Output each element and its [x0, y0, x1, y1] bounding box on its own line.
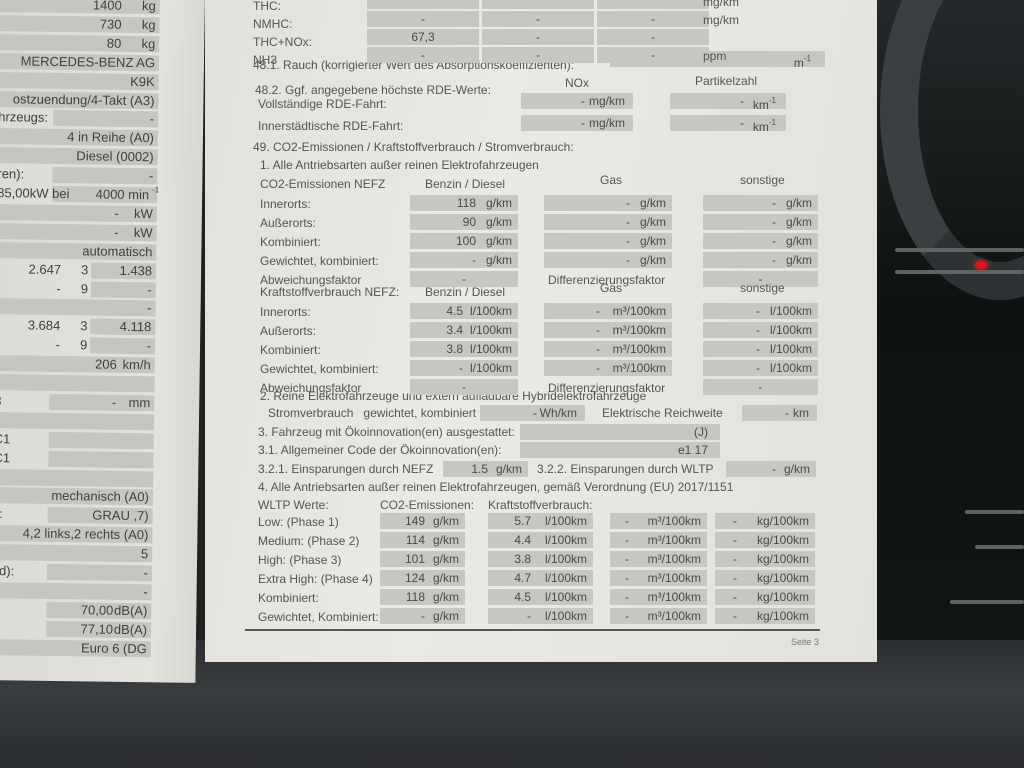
wltp-gas-unit: m³/100km — [648, 570, 701, 586]
wltp-fuel-unit: l/100km — [545, 532, 587, 548]
fuel_nefz-bd-unit: l/100km — [470, 360, 512, 376]
wltp-co2-box: 149g/km — [380, 513, 465, 529]
fuel_nefz-other-box: -l/100km — [703, 322, 818, 338]
left-page-field: Euro 6 (DG — [0, 639, 151, 657]
wltp-other-unit: kg/100km — [757, 608, 809, 624]
fuel_nefz-diff-label: Differenzierungsfaktor — [548, 381, 665, 395]
fuel_nefz-gas-box: -m³/100km — [544, 303, 672, 319]
left-page-field: - — [53, 110, 158, 127]
left-page-field: 206km/h — [0, 355, 155, 373]
eco-wltp-value: - — [772, 461, 776, 477]
wltp-other-value: - — [733, 589, 737, 605]
emission-value: - — [367, 11, 479, 27]
wltp-fuel-value: - — [527, 608, 531, 624]
co2_nefz-row-label: Innerorts: — [260, 197, 311, 211]
wltp-other-value: - — [733, 608, 737, 624]
electric-consumption-value: - — [533, 405, 537, 421]
rde-nox-value: - — [581, 93, 585, 109]
left-page-value: MERCEDES-BENZ AG — [21, 53, 156, 71]
emission-value-box — [482, 0, 594, 9]
vent-slat — [965, 510, 1024, 514]
left-page-unit: kg — [141, 36, 155, 52]
footer-divider — [245, 629, 820, 631]
left-page-value: 77,10 — [80, 621, 113, 637]
left-page-field: MERCEDES-BENZ AG — [0, 53, 159, 71]
left-page-value: 5 — [141, 546, 148, 562]
left-page-row: --9 — [0, 336, 155, 355]
wltp-co2-value: 101 — [405, 551, 425, 567]
eco-code-value: e1 17 — [678, 442, 708, 458]
left-page-row: 77,10dB(A): — [0, 620, 151, 639]
left-page-value: Euro 6 (DG — [81, 640, 147, 657]
wltp-other-value: - — [733, 513, 737, 529]
co2_nefz-header: Gas — [600, 173, 622, 187]
left-page-row: GRAU ,7)s: — [0, 506, 153, 525]
electric-range-box: - km — [742, 405, 817, 421]
rde-nox-unit: mg/km — [589, 115, 625, 131]
emission-unit: ppm — [703, 49, 726, 63]
wltp-fuel-unit: l/100km — [545, 608, 587, 624]
co2_nefz-gas-unit: g/km — [640, 214, 666, 230]
left-page-field: 1.438 — [91, 262, 156, 279]
left-page-row: MERCEDES-BENZ AG — [0, 53, 159, 72]
vent-slat — [975, 545, 1024, 549]
left-page-mid: 3 — [80, 319, 87, 335]
left-page-unit: kg — [142, 17, 156, 33]
wltp-other-value: - — [733, 570, 737, 586]
left-page-value: ostzuendung/4-Takt (A3) — [13, 91, 155, 109]
left-page-row: 4,2 links,2 rechts (A0) — [0, 525, 153, 544]
left-page-row: 730kg — [0, 15, 160, 34]
co2_nefz-header: sonstige — [740, 173, 785, 187]
left-page-row — [0, 469, 153, 488]
co2_nefz-bd-unit: g/km — [486, 195, 512, 211]
fuel_nefz-other-value: - — [756, 303, 760, 319]
emission-value-box: - — [597, 29, 709, 45]
eco-nefz-label: 3.2.1. Einsparungen durch NEFZ — [258, 462, 433, 476]
eco-code-box: e1 17 — [520, 442, 720, 458]
wltp-co2-box: 124g/km — [380, 570, 465, 586]
emission-value: - — [482, 29, 594, 45]
fuel_nefz-bd-box: 4.5l/100km — [410, 303, 518, 319]
eco-nefz-value: 1.5 — [471, 461, 488, 477]
wltp-co2-unit: g/km — [433, 513, 459, 529]
smoke-unit-sup: -1 — [804, 54, 811, 63]
emission-label: THC+NOx: — [253, 35, 312, 49]
left-page-field — [48, 450, 153, 467]
fuel_nefz-gas-value: - — [596, 341, 600, 357]
fuel_nefz-bd-box: 3.4l/100km — [410, 322, 518, 338]
emission-value-box: - — [482, 29, 594, 45]
wltp-fuel-unit: l/100km — [545, 513, 587, 529]
fuel_nefz-header: Gas — [600, 281, 622, 295]
rde-nox-value: - — [581, 115, 585, 131]
rde-particles-box: -km-1 — [670, 93, 786, 109]
wltp-fuel-box: -l/100km — [488, 608, 593, 624]
electric-label: Stromverbrauch gewichtet, kombiniert — [268, 406, 476, 420]
emission-value-box: - — [367, 11, 479, 27]
wltp-co2-unit: g/km — [433, 551, 459, 567]
fuel_nefz-deviation-value: - — [410, 379, 518, 395]
co2_nefz-gas-value: - — [626, 233, 630, 249]
left-page-field: -kW — [0, 204, 157, 222]
fuel_nefz-gas-box: -m³/100km — [544, 341, 672, 357]
left-page-value: GRAU ,7) — [92, 508, 149, 525]
eco-nefz-box: 1.5 g/km — [443, 461, 528, 477]
wltp-gas-value: - — [625, 608, 629, 624]
wltp-gas-box: -m³/100km — [610, 570, 707, 586]
vent-slat — [895, 270, 1024, 274]
co2_nefz-row-label: Außerorts: — [260, 216, 316, 230]
rde-particles-unit-sup: -1 — [769, 96, 776, 105]
fuel_nefz-diff-value: - — [703, 379, 818, 395]
left-page-value: - — [147, 301, 152, 317]
rde-particles-unit-text: km — [753, 120, 769, 134]
wltp-co2-value: 114 — [406, 532, 425, 548]
left-page-row: -nd): — [0, 563, 152, 582]
emission-value: - — [597, 11, 709, 27]
co2_nefz-gas-box: -g/km — [544, 252, 672, 268]
left-page-field: 5 — [0, 544, 152, 562]
co2_nefz-bd-box: 100g/km — [410, 233, 518, 249]
left-page-value: Diesel (0002) — [76, 148, 154, 165]
co2_nefz-bd-box: -g/km — [410, 252, 518, 268]
wltp-fuel-unit: l/100km — [545, 589, 587, 605]
wltp-other-box: -kg/100km — [715, 570, 815, 586]
co2_nefz-gas-box: -g/km — [544, 214, 672, 230]
co2_nefz-header: CO2-Emissionen NEFZ — [260, 177, 385, 191]
left-page-value: 206 — [95, 357, 117, 373]
left-page-value: - — [143, 565, 148, 581]
left-page-field: ostzuendung/4-Takt (A3) — [0, 91, 159, 109]
eco-wltp-label: 3.2.2. Einsparungen durch WLTP — [537, 462, 714, 476]
co2_nefz-other-value: - — [772, 252, 776, 268]
emission-unit: mg/km — [703, 0, 739, 9]
left-page-label: nd): — [0, 563, 14, 579]
fuel_nefz-bd-unit: l/100km — [470, 341, 512, 357]
fuel_nefz-gas-value: - — [596, 322, 600, 338]
left-page-label: hrzeugs: — [0, 110, 48, 127]
left-page-field: 77,10dB(A) — [46, 621, 151, 638]
fuel_nefz-bd-unit: l/100km — [470, 322, 512, 338]
fuel_nefz-row-label: Außerorts: — [260, 324, 316, 338]
emission-unit: mg/km — [703, 13, 739, 27]
left-page-label: C1 — [0, 431, 10, 447]
co2_nefz-header: Benzin / Diesel — [425, 177, 505, 191]
electric-consumption-unit: Wh/km — [540, 405, 577, 421]
wltp-other-box: -kg/100km — [715, 532, 815, 548]
section-49-sub1: 1. Alle Antriebsarten außer reinen Elekt… — [260, 158, 539, 172]
left-page-row: mechanisch (A0) — [0, 487, 153, 506]
left-page-row: - — [0, 582, 152, 601]
wltp-fuel-unit: l/100km — [545, 570, 587, 586]
wltp-header: WLTP Werte: — [258, 498, 329, 512]
wltp-other-unit: kg/100km — [757, 532, 809, 548]
left-page-field — [0, 412, 154, 430]
smoke-unit: m — [794, 56, 804, 70]
rde-title: 48.2. Ggf. angegebene höchste RDE-Werte: — [255, 83, 491, 97]
left-page-row: 1.4382.6473 — [0, 261, 156, 280]
electric-range-label: Elektrische Reichweite — [602, 406, 723, 420]
fuel_nefz-header: Benzin / Diesel — [425, 285, 505, 299]
rde-col-nox: NOx — [565, 76, 589, 90]
fuel_nefz-other-value: - — [756, 341, 760, 357]
left-page-row: 206km/h — [0, 355, 155, 374]
left-page-value: - — [150, 112, 155, 128]
left-page-field: 730kg — [0, 15, 160, 33]
left-page-value: 4,2 links,2 rechts (A0) — [23, 526, 149, 544]
left-page-label: - — [16, 280, 61, 297]
left-page-field: 4.118 — [90, 319, 155, 336]
emission-value-box: - — [597, 47, 709, 63]
eco-code-label: 3.1. Allgemeiner Code der Ökoinnovation(… — [258, 443, 501, 457]
fuel_nefz-header: sonstige — [740, 281, 785, 295]
co2_nefz-bd-unit: g/km — [486, 233, 512, 249]
left-page-value: - — [112, 395, 117, 411]
fuel_nefz-bd-value: - — [459, 360, 463, 376]
left-page-field: - — [47, 564, 152, 581]
emission-value: - — [482, 11, 594, 27]
wltp-gas-box: -m³/100km — [610, 589, 707, 605]
emission-value-box — [597, 0, 709, 9]
left-page-field: - — [91, 281, 156, 298]
left-page-field — [0, 469, 153, 487]
rde-particles-value: - — [740, 115, 744, 131]
left-page-row: - — [0, 299, 156, 318]
co2_nefz-gas-unit: g/km — [640, 252, 666, 268]
co2_nefz-bd-unit: g/km — [486, 214, 512, 230]
co2_nefz-gas-unit: g/km — [640, 233, 666, 249]
left-page-row: Euro 6 (DG — [0, 639, 151, 658]
wltp-gas-value: - — [625, 532, 629, 548]
co2_nefz-bd-box: 90g/km — [410, 214, 518, 230]
vent-slat — [950, 600, 1024, 604]
rde-particles-unit: km-1 — [753, 115, 776, 135]
left-page-row: 5 — [0, 544, 152, 563]
emission-label: NMHC: — [253, 17, 292, 31]
left-page-mid: 9 — [81, 281, 88, 297]
wltp-other-unit: kg/100km — [757, 551, 809, 567]
left-page-row — [0, 374, 155, 393]
co2_nefz-gas-value: - — [626, 252, 630, 268]
wltp-gas-unit: m³/100km — [648, 589, 701, 605]
left-page-value: K9K — [130, 74, 155, 90]
left-page-field: -kW — [0, 223, 157, 241]
fuel_nefz-other-unit: l/100km — [770, 303, 812, 319]
left-page-field: - — [0, 582, 152, 600]
section-49-sub4: 4. Alle Antriebsarten außer reinen Elekt… — [258, 480, 733, 494]
co2_nefz-other-box: -g/km — [703, 214, 818, 230]
wltp-other-box: -kg/100km — [715, 513, 815, 529]
fuel_nefz-bd-unit: l/100km — [470, 303, 512, 319]
left-page-label: 2.647 — [16, 261, 61, 278]
fuel_nefz-other-unit: l/100km — [770, 322, 812, 338]
co2_nefz-bd-unit: g/km — [486, 252, 512, 268]
wltp-fuel-value: 3.8 — [514, 551, 531, 567]
fuel_nefz-other-unit: l/100km — [770, 360, 812, 376]
wltp-gas-unit: m³/100km — [648, 532, 701, 548]
wltp-fuel-value: 4.4 — [514, 532, 531, 548]
left-page-label: 3 — [0, 393, 2, 409]
wltp-co2-unit: g/km — [433, 570, 459, 586]
rde-nox-unit: mg/km — [589, 93, 625, 109]
electric-consumption-box: - Wh/km — [480, 405, 585, 421]
fuel_nefz-row-label: Innerorts: — [260, 305, 311, 319]
left-page-value: 4.118 — [120, 319, 152, 335]
co2_nefz-gas-unit: g/km — [640, 195, 666, 211]
fuel_nefz-gas-unit: m³/100km — [613, 322, 666, 338]
wltp-row-label: Medium: (Phase 2) — [258, 534, 359, 548]
left-document-page: 1400kg730kg80kgMERCEDES-BENZ AGK9Kostzue… — [0, 0, 205, 683]
fuel_nefz-other-value: - — [756, 322, 760, 338]
fuel_nefz-other-value: - — [756, 360, 760, 376]
co2_nefz-bd-value: - — [472, 252, 476, 268]
left-page-row — [0, 412, 154, 431]
fuel_nefz-gas-value: - — [596, 303, 600, 319]
emission-label: THC: — [253, 0, 281, 13]
eco-equipped-box: (J) — [520, 424, 720, 440]
left-page-row: Diesel (0002) — [0, 147, 158, 166]
wltp-other-unit: kg/100km — [757, 589, 809, 605]
left-page-unit: mm — [128, 395, 150, 411]
left-page-field: - — [52, 167, 157, 184]
left-page-value: - — [147, 338, 152, 354]
co2_nefz-other-box: -g/km — [703, 195, 818, 211]
wltp-row-label: Low: (Phase 1) — [258, 515, 339, 529]
wltp-co2-unit: g/km — [433, 532, 459, 548]
left-page-field: 4,2 links,2 rechts (A0) — [0, 525, 153, 543]
wltp-gas-unit: m³/100km — [648, 608, 701, 624]
left-page-row: -kW — [0, 204, 157, 223]
wltp-co2-box: 118g/km — [380, 589, 465, 605]
left-page-row: 80kg — [0, 34, 159, 53]
fuel_nefz-bd-box: -l/100km — [410, 360, 518, 376]
left-page-field: - — [90, 338, 155, 355]
left-page-value: 1400 — [93, 0, 122, 14]
eco-equipped-value: (J) — [694, 424, 708, 440]
wltp-gas-unit: m³/100km — [648, 551, 701, 567]
wltp-fuel-box: 4.4l/100km — [488, 532, 593, 548]
left-page-label: 3.684 — [15, 318, 60, 335]
co2_nefz-other-box: -g/km — [703, 252, 818, 268]
left-page-mid: 9 — [80, 337, 87, 353]
wltp-other-box: -kg/100km — [715, 608, 815, 624]
co2_nefz-gas-value: - — [626, 195, 630, 211]
rde-row-label: Vollständige RDE-Fahrt: — [258, 97, 387, 111]
left-page-label: - — [15, 337, 60, 354]
left-page-label: ren): — [0, 166, 24, 182]
right-document-page: 48.1. Rauch (korrigierter Wert des Absor… — [205, 0, 877, 662]
left-page-value: 730 — [100, 16, 122, 32]
eco-equipped-label: 3. Fahrzeug mit Ökoinnovation(en) ausges… — [258, 425, 515, 439]
co2_nefz-other-unit: g/km — [786, 214, 812, 230]
wltp-fuel-value: 5.7 — [514, 513, 531, 529]
left-page-field: - — [0, 299, 156, 317]
wltp-co2-value: 149 — [405, 513, 425, 529]
fuel_nefz-bd-value: 4.5 — [446, 303, 463, 319]
co2_nefz-row-label: Gewichtet, kombiniert: — [260, 254, 379, 268]
emission-value-box: - — [482, 47, 594, 63]
wltp-gas-unit: m³/100km — [648, 513, 701, 529]
wltp-fuel-box: 4.7l/100km — [488, 570, 593, 586]
co2_nefz-other-value: - — [772, 195, 776, 211]
wltp-fuel-box: 4.5l/100km — [488, 589, 593, 605]
left-page-value: mechanisch (A0) — [51, 488, 149, 505]
electric-label-1: Stromverbrauch — [268, 406, 353, 420]
emission-value: - — [597, 47, 709, 63]
fuel_nefz-row-label: Gewichtet, kombiniert: — [260, 362, 379, 376]
rde-col-particles: Partikelzahl — [695, 74, 757, 88]
left-page-value: - — [114, 225, 119, 241]
fuel_nefz-header: Kraftstoffverbrauch NEFZ: — [260, 285, 399, 299]
rde-particles-unit-text: km — [753, 98, 769, 112]
left-page-field: -mm — [49, 394, 154, 411]
wltp-co2-box: 101g/km — [380, 551, 465, 567]
left-page-row: -hrzeugs: — [0, 110, 158, 129]
wltp-co2-value: 118 — [406, 589, 425, 605]
wltp-other-box: -kg/100km — [715, 551, 815, 567]
left-page-unit: kg — [142, 0, 156, 14]
left-page-value: 4 in Reihe (A0) — [67, 129, 154, 146]
left-page-row: K9K — [0, 72, 159, 91]
left-page-unit: kW — [134, 225, 153, 241]
left-page-row: 4.1183.6843 — [0, 317, 155, 336]
fuel_nefz-gas-box: -m³/100km — [544, 360, 672, 376]
left-page-mid: 3 — [81, 262, 88, 278]
wltp-other-box: -kg/100km — [715, 589, 815, 605]
left-page-row: C1 — [0, 450, 154, 469]
fuel_nefz-other-box: -l/100km — [703, 341, 818, 357]
wltp-fuel-value: 4.5 — [514, 589, 531, 605]
left-page-field — [49, 432, 154, 449]
left-page-row: -kW — [0, 223, 157, 242]
wltp-gas-box: -m³/100km — [610, 532, 707, 548]
left-page-value: - — [147, 282, 152, 298]
wltp-other-unit: kg/100km — [757, 570, 809, 586]
left-page-value: - — [143, 584, 148, 600]
wltp-co2-box: 114g/km — [380, 532, 465, 548]
left-page-field: Diesel (0002) — [0, 147, 158, 165]
left-page-label: C1 — [0, 450, 10, 466]
eco-nefz-unit: g/km — [496, 461, 522, 477]
emission-value-box — [367, 0, 479, 9]
co2_nefz-other-unit: g/km — [786, 252, 812, 268]
left-page-field: 1400kg — [0, 0, 160, 14]
electric-range-unit: km — [793, 405, 809, 421]
rde-particles-unit: km-1 — [753, 93, 776, 113]
left-page-field: 4 in Reihe (A0) — [0, 128, 158, 146]
emission-value-box: - — [482, 11, 594, 27]
co2_nefz-gas-box: -g/km — [544, 195, 672, 211]
fuel_nefz-gas-unit: m³/100km — [613, 360, 666, 376]
left-page-row: 70,00dB(A): — [0, 601, 151, 620]
co2_nefz-bd-value: 100 — [456, 233, 476, 249]
rde-particles-unit-sup: -1 — [769, 118, 776, 127]
wltp-header: Kraftstoffverbrauch: — [488, 498, 593, 512]
left-page-unit: kW — [134, 206, 153, 222]
rde-row-label: Innerstädtische RDE-Fahrt: — [258, 119, 403, 133]
left-page-row: C1 — [0, 431, 154, 450]
fuel_nefz-other-box: -l/100km — [703, 360, 818, 376]
emission-value-box: - — [367, 47, 479, 63]
wltp-fuel-box: 5.7l/100km — [488, 513, 593, 529]
fuel_nefz-diff-box: - — [703, 379, 818, 395]
wltp-co2-value: - — [421, 608, 425, 624]
left-page-row: 1400kg — [0, 0, 160, 15]
left-page-field — [0, 374, 155, 392]
emission-value: - — [482, 47, 594, 63]
wltp-fuel-value: 4.7 — [514, 570, 531, 586]
